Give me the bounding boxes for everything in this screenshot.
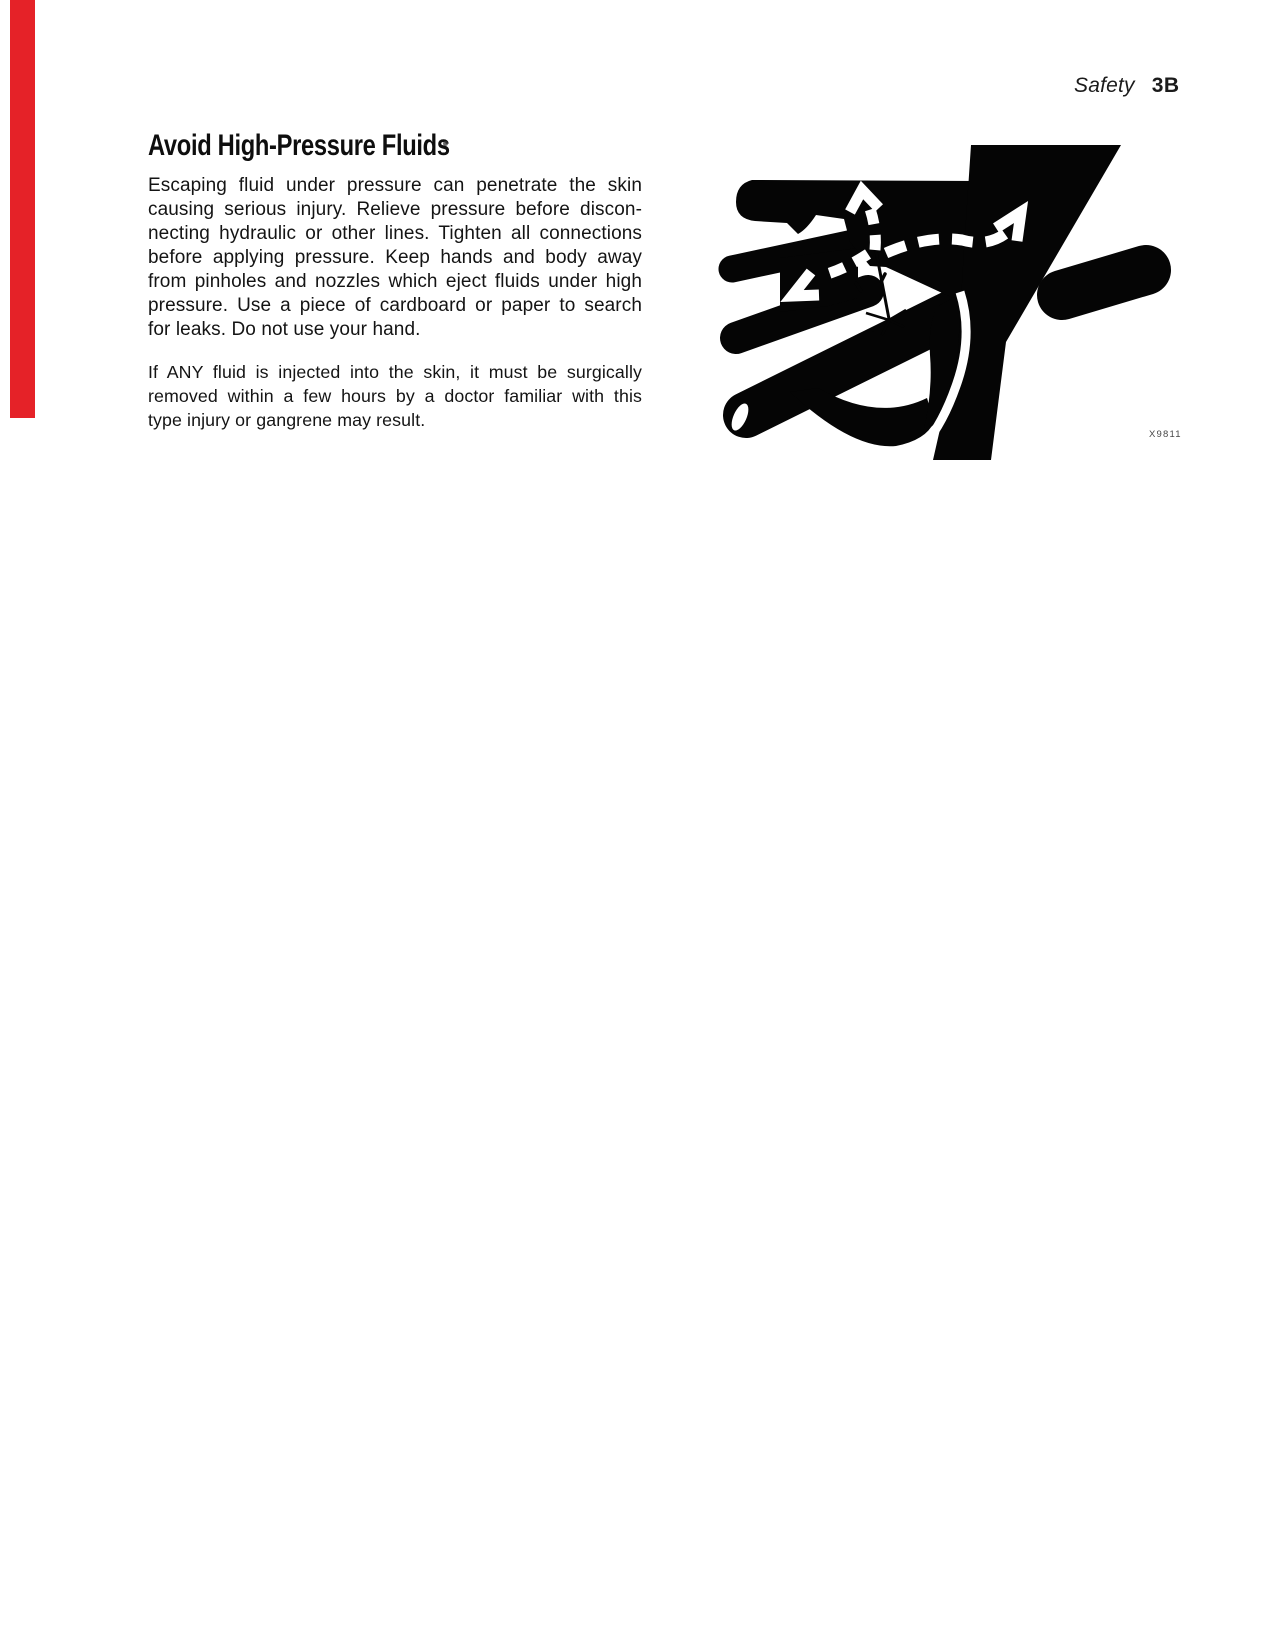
scan-dot-artifact	[443, 141, 448, 146]
running-header: Safety 3B	[1074, 74, 1180, 98]
page-title: Avoid High-Pressure Fluids	[148, 129, 450, 163]
header-page-code: 3B	[1152, 74, 1180, 98]
curled-fingers-front	[790, 388, 934, 446]
header-section-label: Safety	[1074, 74, 1135, 98]
manual-page: Safety 3B Avoid High-Pressure Fluids Esc…	[0, 0, 1275, 1650]
body-line: before applying pressure. Keep hands and…	[148, 246, 642, 270]
high-pressure-fluid-illustration	[640, 100, 1200, 460]
body-line: pressure. Use a piece of cardboard or pa…	[148, 294, 642, 318]
body-line: causing serious injury. Relieve pressure…	[148, 198, 642, 222]
safety-section-edge-tab	[10, 0, 35, 418]
body-line: from pinholes and nozzles which eject fl…	[148, 270, 642, 294]
hydraulic-line-right	[1062, 270, 1146, 295]
body-line: Escaping fluid under pressure can penetr…	[148, 174, 642, 198]
body-line: removed within a few hours by a doctor f…	[148, 384, 642, 408]
paragraph-1: Escaping fluid under pressure can penetr…	[148, 174, 642, 342]
body-line: type injury or gangrene may result.	[148, 408, 642, 432]
paragraph-2: If ANY fluid is injected into the skin, …	[148, 360, 642, 432]
body-line: necting hydraulic or other lines. Tighte…	[148, 222, 642, 246]
figure-caption-code: X9811	[1149, 429, 1182, 440]
body-line: If ANY fluid is injected into the skin, …	[148, 360, 642, 384]
body-line: for leaks. Do not use your hand.	[148, 318, 642, 342]
